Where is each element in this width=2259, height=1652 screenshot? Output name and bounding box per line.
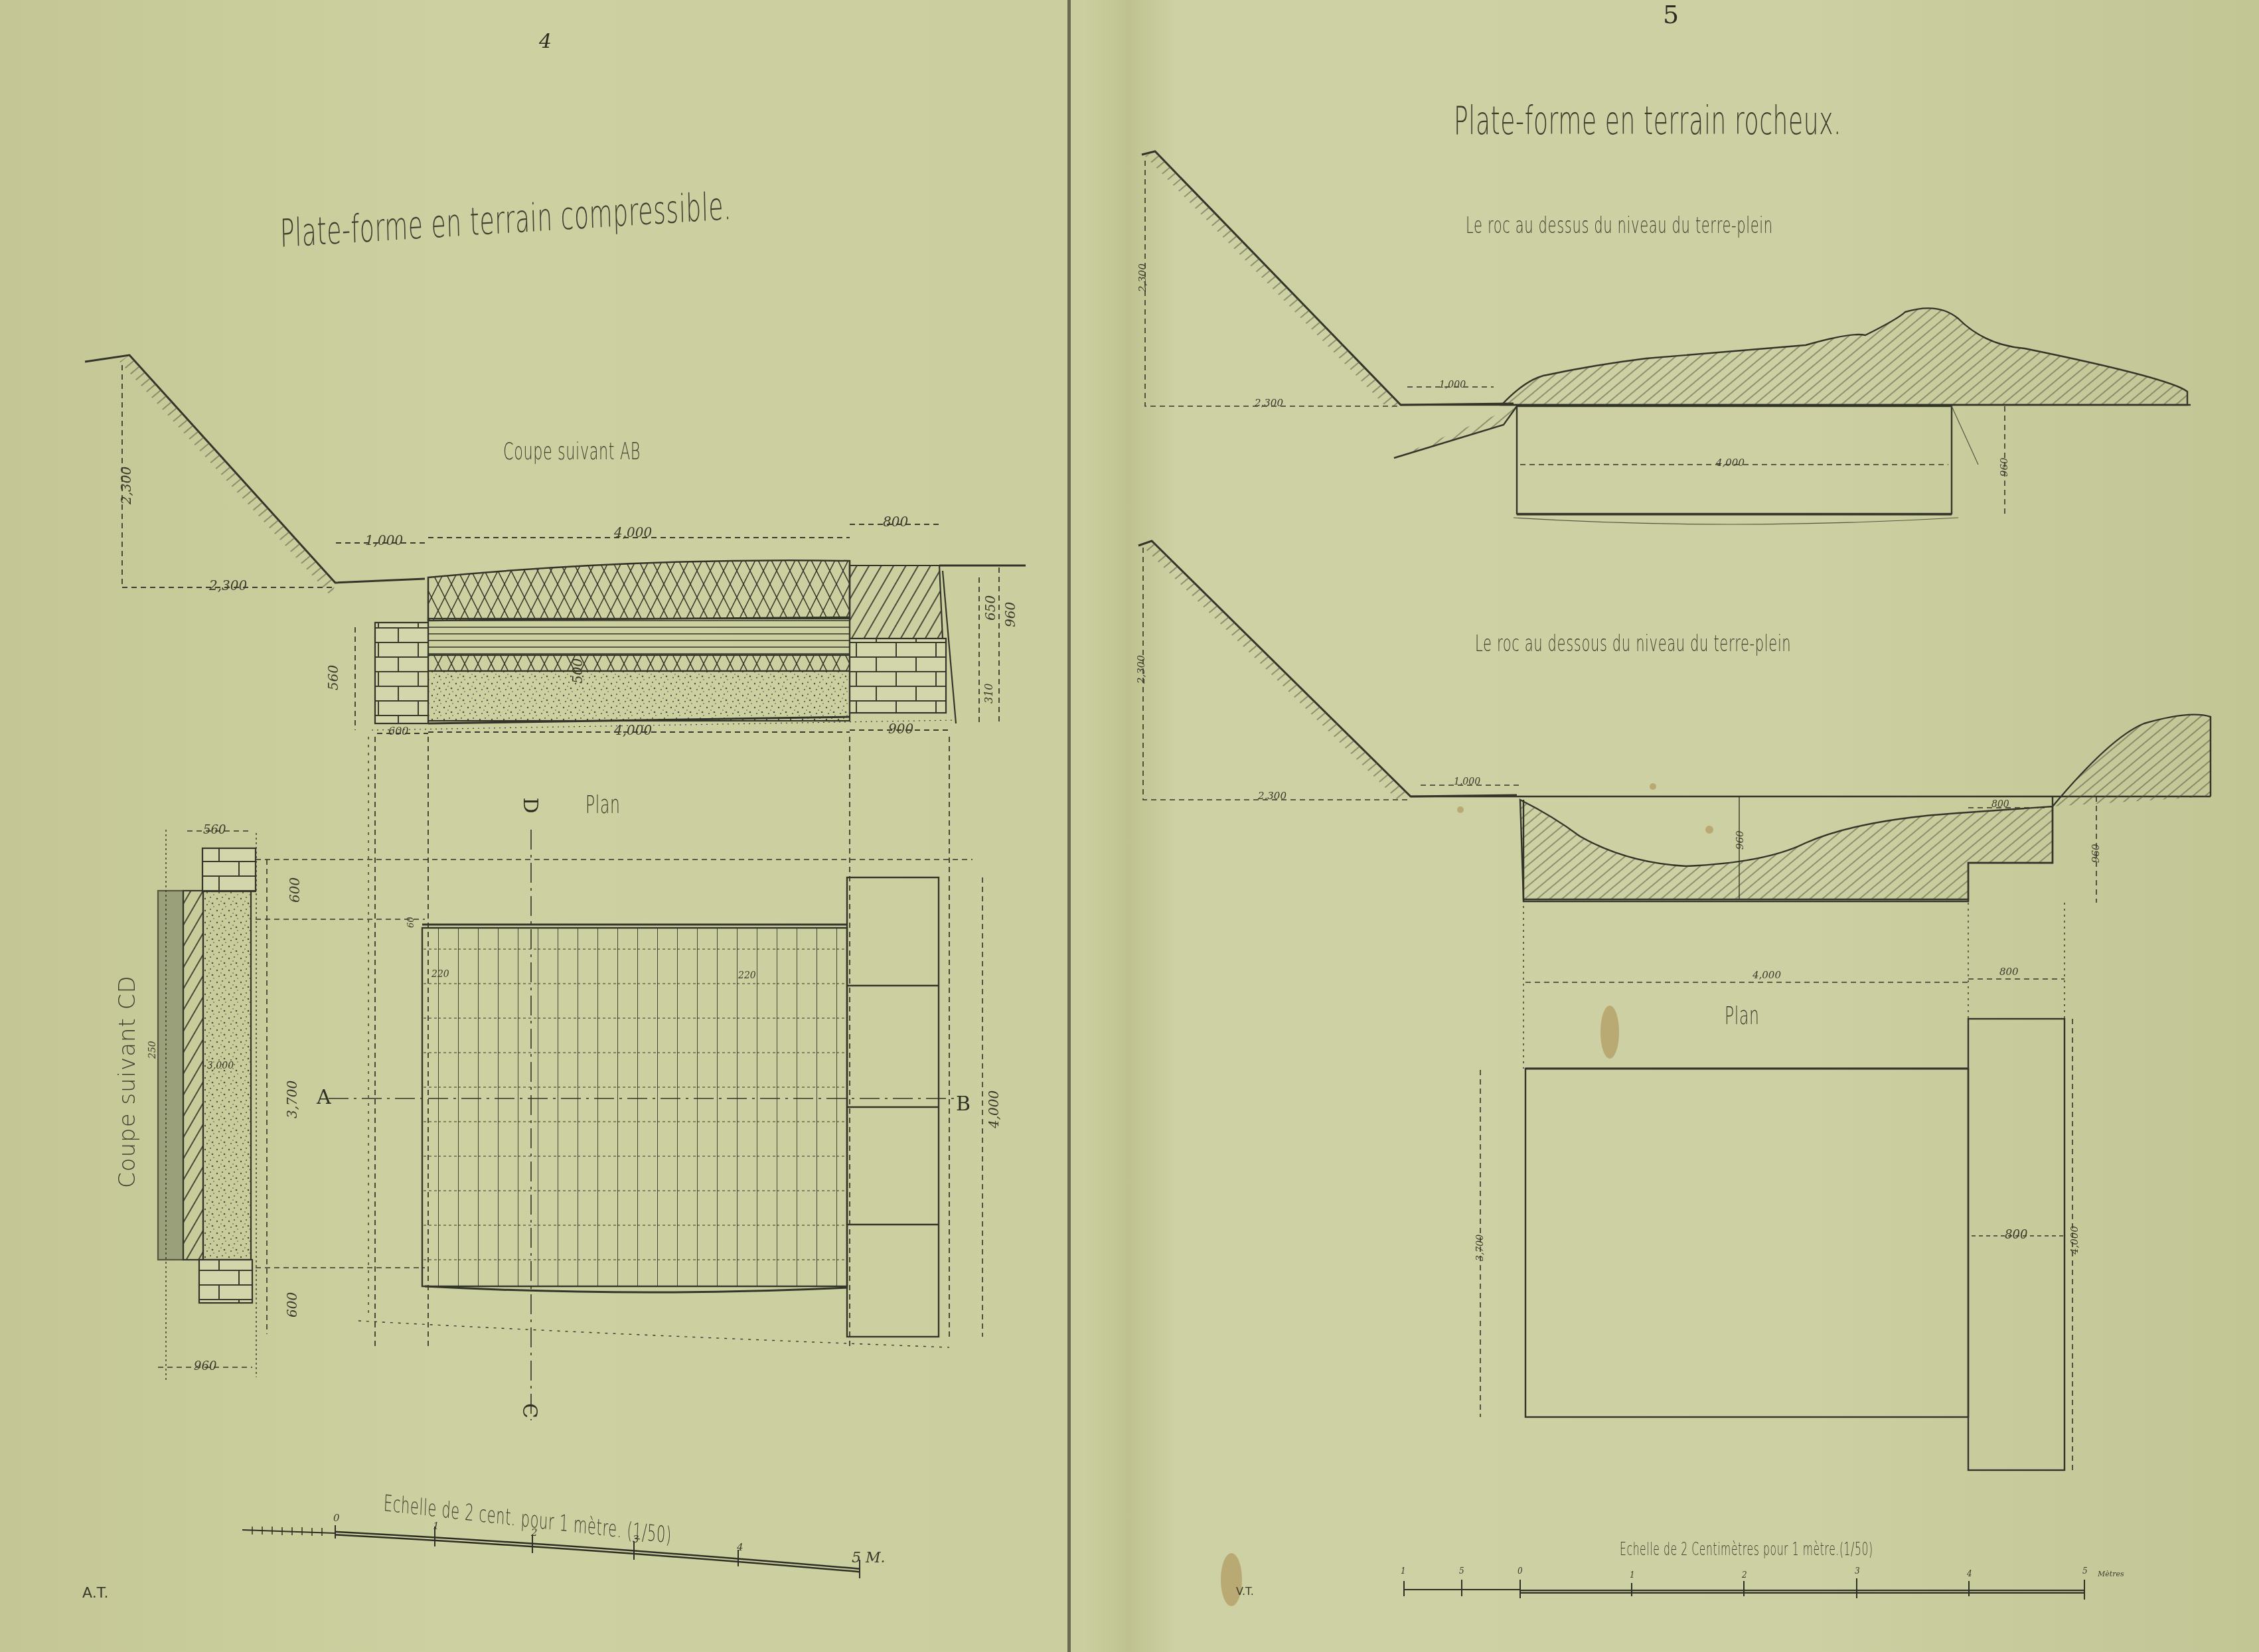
dim-plan-right-total-height: 4,000	[2068, 1226, 2080, 1254]
scale-right-tick-g: 4	[1967, 1569, 1972, 1578]
dim-platform-width-bottom: 4,000	[614, 722, 652, 738]
dim-slope-height: 2,300	[118, 467, 134, 504]
dim-corner-tag: 60	[406, 917, 416, 928]
dim-below-right-depth: 960	[2090, 844, 2102, 863]
dim-below-center-depth: 960	[1734, 830, 1746, 850]
dim-plan-bottom-wall: 600	[284, 1292, 300, 1317]
scale-right-tick-c: 0	[1518, 1566, 1523, 1576]
dim-above-platform-width: 4,000	[1716, 457, 1745, 469]
dim-platform-depth: 500	[570, 658, 585, 684]
scale-right-tick-a: 1	[1401, 1566, 1406, 1576]
plan-caption-right: Plan	[1725, 1001, 1760, 1030]
section-marker-b: B	[956, 1092, 971, 1116]
section-marker-d: D	[518, 797, 542, 813]
dim-plan-right-height: 4,000	[986, 1090, 1002, 1128]
dim-bottom-right: 900	[888, 721, 913, 737]
dim-right-total: 960	[1002, 602, 1018, 627]
section-cd-caption: Coupe suivant CD	[114, 975, 141, 1188]
dim-right-lower: 310	[982, 683, 995, 704]
page-number-right: 5	[1663, 0, 1679, 29]
dim-above-depth: 960	[1998, 457, 2010, 477]
signature-right: V.T.	[1236, 1585, 1254, 1598]
scale-right-tick-f: 3	[1855, 1566, 1860, 1576]
scale-right-tick-e: 2	[1742, 1570, 1747, 1580]
scale-tick-4: 4	[737, 1541, 743, 1553]
scale-tick-2: 2	[531, 1527, 538, 1539]
dim-above-slope-height: 2,300	[1136, 263, 1148, 292]
dim-cd-layer: 250	[147, 1041, 158, 1059]
plan-caption-left: Plan	[585, 790, 621, 819]
dim-plan-right-width: 4,000	[1753, 969, 1781, 981]
dim-left-wall-depth: 560	[325, 665, 341, 690]
section-marker-c: C	[518, 1403, 541, 1418]
scale-right-tick-b: 5	[1459, 1566, 1464, 1576]
dim-berm: 1,000	[365, 532, 403, 548]
dim-slope-base: 2,300	[209, 577, 247, 593]
dim-right-block-top: 800	[883, 514, 908, 530]
scale-right-tick-d: 1	[1630, 1570, 1635, 1580]
dim-cd-width: 3,000	[207, 1061, 234, 1071]
dim-below-right-step: 800	[1991, 799, 2009, 810]
section-above-caption: Le roc au dessus du niveau du terre-plei…	[1466, 212, 1773, 239]
scale-tick-1: 1	[433, 1520, 439, 1532]
dim-above-berm: 1,000	[1439, 380, 1466, 390]
dim-below-berm: 1,000	[1454, 777, 1480, 787]
section-ab-caption: Coupe suivant AB	[503, 438, 641, 465]
dim-cd-top: 560	[203, 823, 226, 837]
dim-plan-right-height: 3,700	[1475, 1235, 1486, 1261]
scale-tick-5: 5 M.	[852, 1550, 886, 1566]
scale-tick-3: 3	[633, 1533, 639, 1545]
signature-left: A.T.	[82, 1585, 108, 1602]
page-number-left: 4	[539, 30, 552, 53]
dim-below-slope-height: 2,300	[1135, 655, 1147, 684]
scale-right-tick-h: 5	[2082, 1566, 2088, 1576]
dim-above-slope-base: 2,300	[1255, 397, 1283, 409]
dim-cd-bottom: 960	[194, 1359, 216, 1373]
dim-grid-spacing-left: 220	[431, 969, 449, 980]
dim-plan-right-block: 800	[1999, 966, 2019, 978]
book-spread: 4 Plate-forme en terrain compressible. C…	[0, 0, 2259, 1652]
dim-right-upper: 650	[982, 595, 998, 621]
section-marker-a: A	[317, 1086, 331, 1109]
dim-plan-height: 3,700	[284, 1081, 300, 1118]
dim-platform-width-top: 4,000	[614, 524, 652, 540]
scale-right-unit: Mètres	[2098, 1570, 2124, 1578]
section-below-caption: Le roc au dessous du niveau du terre-ple…	[1475, 631, 1791, 657]
dim-below-slope-base: 2,300	[1258, 790, 1286, 802]
scale-caption-right: Echelle de 2 Centimètres pour 1 mètre.(1…	[1620, 1540, 1873, 1560]
dim-bottom-left: 600	[388, 725, 409, 737]
dim-plan-right-block-inner: 800	[2005, 1228, 2027, 1242]
dim-grid-spacing-right: 220	[738, 970, 756, 981]
page-title-right: Plate-forme en terrain rocheux.	[1454, 98, 1841, 143]
scale-tick-0: 0	[333, 1512, 340, 1524]
dim-plan-top-wall: 600	[287, 877, 303, 903]
